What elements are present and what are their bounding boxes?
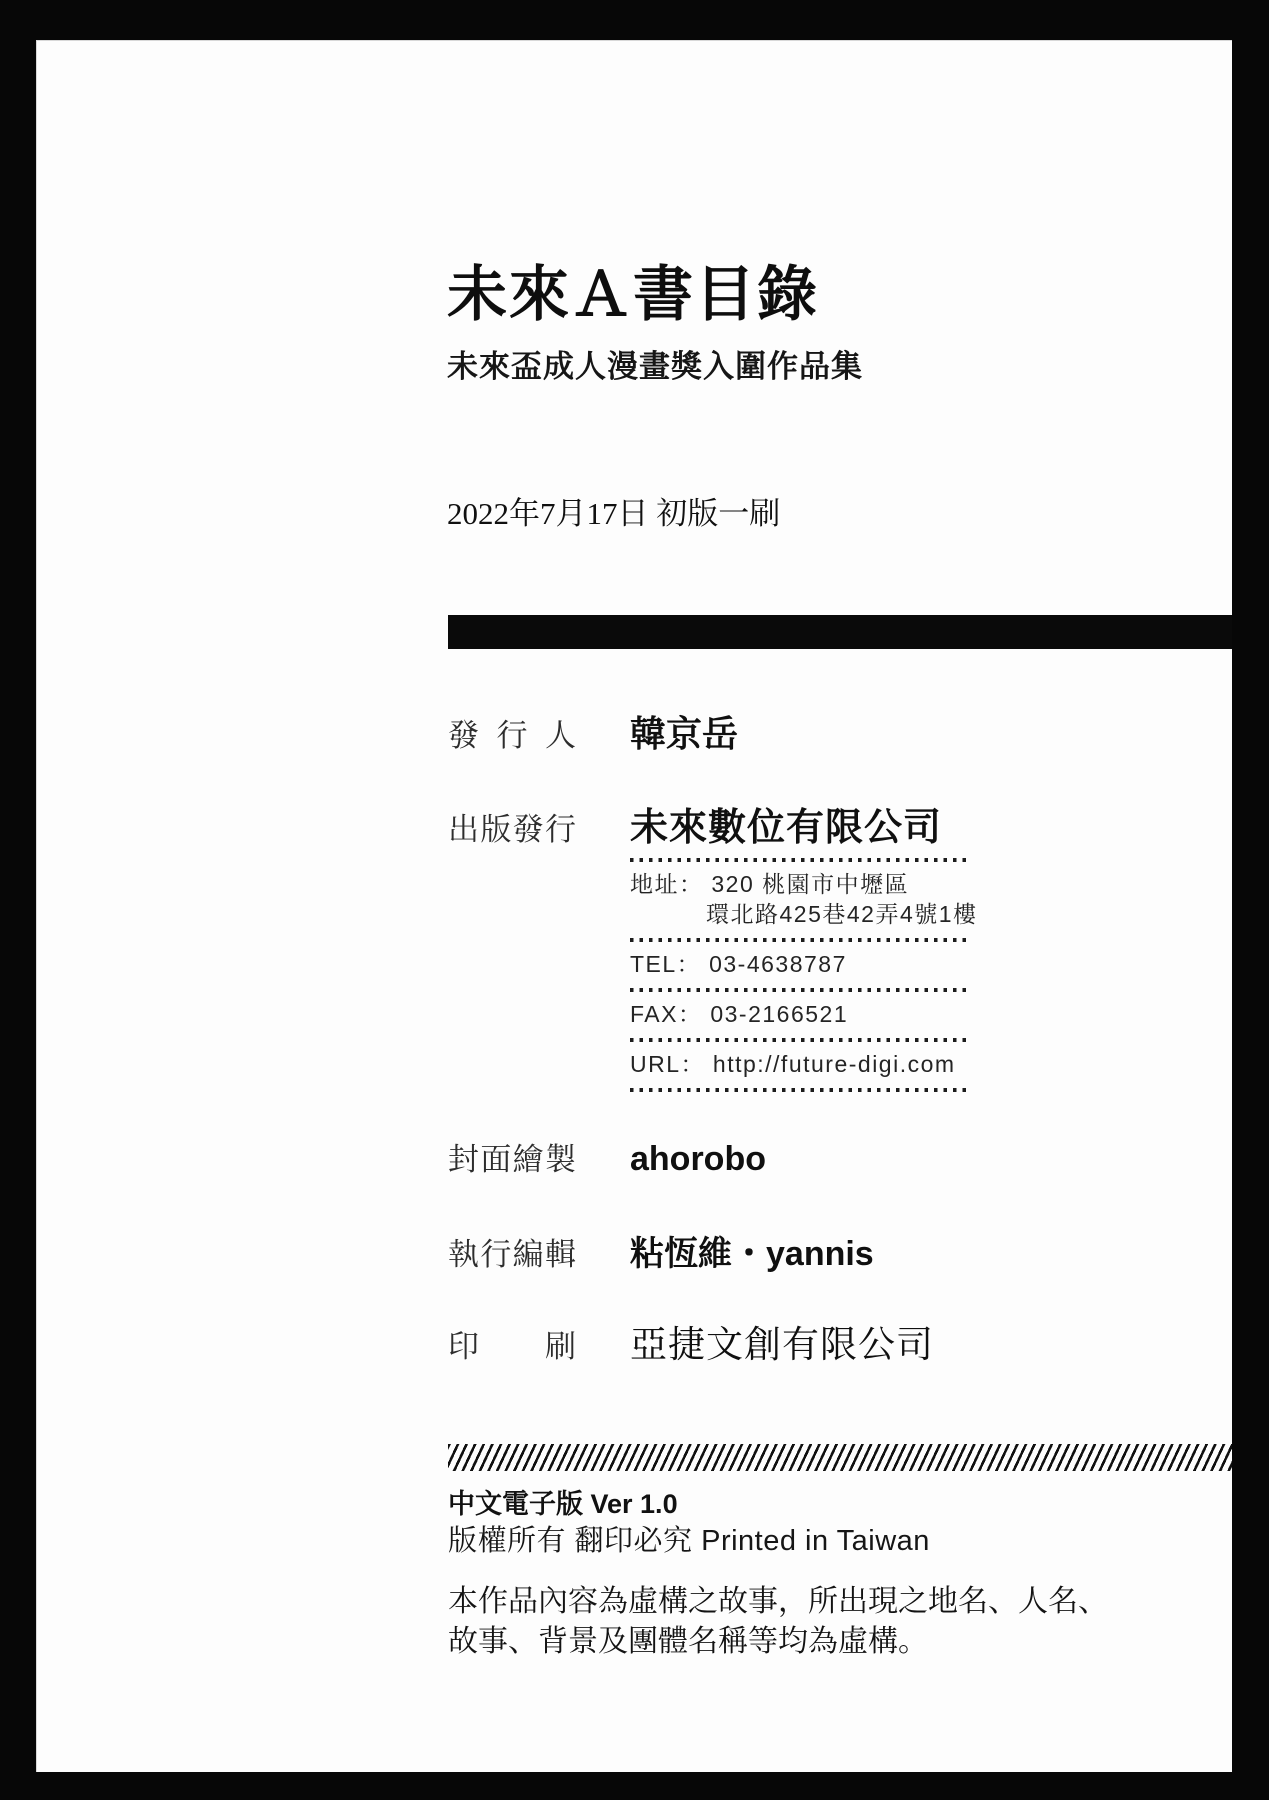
publisher-person-value: 韓京岳 xyxy=(630,706,738,757)
dotted-separator xyxy=(630,1088,968,1092)
printer-value: 亞捷文創有限公司 xyxy=(630,1314,934,1368)
book-title: 未來Ａ書目錄 xyxy=(447,262,819,328)
publisher-contact-block: 地址： 320 桃園市中壢區 環北路425巷42弄4號1樓 TEL： 03-46… xyxy=(630,858,968,1092)
publisher-company-value: 未來數位有限公司 xyxy=(630,796,942,851)
tel-line: TEL： 03-4638787 xyxy=(630,942,968,988)
book-subtitle: 未來盃成人漫畫獎入圍作品集 xyxy=(447,341,863,386)
executive-editor-row: 執行編輯 粘恆維・yannis xyxy=(448,1226,874,1275)
cover-artist-value: ahorobo xyxy=(630,1140,766,1179)
disclaimer-block: 本作品內容為虛構之故事，所出現之地名、人名、 故事、背景及團體名稱等均為虛構。 xyxy=(448,1582,1108,1662)
scanned-colophon-page: { "book": { "title": "未來Ａ書目錄", "subtitle… xyxy=(0,0,1269,1800)
paper-page: 未來Ａ書目錄 未來盃成人漫畫獎入圍作品集 2022年7月17日 初版一刷 發行人… xyxy=(36,40,1232,1772)
url-line: URL： http://future-digi.com xyxy=(630,1042,968,1088)
printer-label: 印刷 xyxy=(448,1321,576,1366)
cover-artist-row: 封面繪製 ahorobo xyxy=(448,1134,766,1179)
publisher-company-row: 出版發行 未來數位有限公司 xyxy=(448,796,942,851)
address-line-2: 環北路425巷42弄4號1樓 xyxy=(630,899,968,929)
diagonal-hatch-divider xyxy=(448,1444,1232,1471)
publisher-company-label: 出版發行 xyxy=(448,804,576,849)
executive-editor-value: 粘恆維・yannis xyxy=(630,1226,874,1275)
printer-row: 印刷 亞捷文創有限公司 xyxy=(448,1314,934,1368)
publisher-person-row: 發行人 韓京岳 xyxy=(448,706,738,757)
address-line-1: 地址： 320 桃園市中壢區 xyxy=(630,869,968,899)
address-entry: 地址： 320 桃園市中壢區 環北路425巷42弄4號1樓 xyxy=(630,862,968,938)
disclaimer-line-1: 本作品內容為虛構之故事，所出現之地名、人名、 xyxy=(448,1582,1108,1622)
disclaimer-line-2: 故事、背景及團體名稱等均為虛構。 xyxy=(448,1622,1108,1662)
publisher-person-label: 發行人 xyxy=(448,710,576,755)
version-line: 中文電子版 Ver 1.0 xyxy=(448,1482,678,1521)
copyright-line: 版權所有 翻印必究 Printed in Taiwan xyxy=(448,1518,930,1559)
edition-date: 2022年7月17日 初版一刷 xyxy=(447,488,780,533)
black-divider-bar xyxy=(448,615,1232,649)
cover-artist-label: 封面繪製 xyxy=(448,1134,576,1179)
fax-line: FAX： 03-2166521 xyxy=(630,992,968,1038)
executive-editor-label: 執行編輯 xyxy=(448,1229,576,1274)
